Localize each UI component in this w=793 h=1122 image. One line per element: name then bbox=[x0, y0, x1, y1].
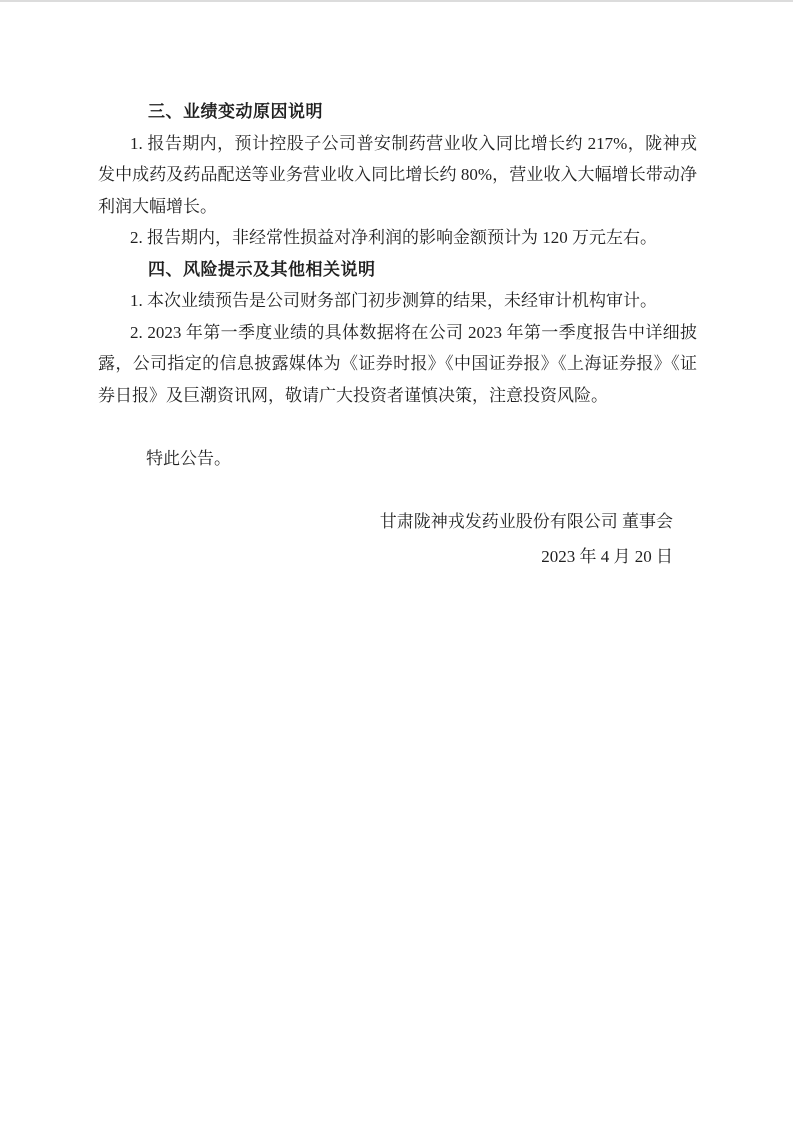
section-3-heading: 三、业绩变动原因说明 bbox=[98, 96, 697, 128]
document-body: 三、业绩变动原因说明 1. 报告期内，预计控股子公司普安制药营业收入同比增长约 … bbox=[98, 96, 697, 573]
announcement-page: 三、业绩变动原因说明 1. 报告期内，预计控股子公司普安制药营业收入同比增长约 … bbox=[0, 0, 793, 1122]
closing-statement: 特此公告。 bbox=[98, 443, 697, 475]
signature-date: 2023 年 4 月 20 日 bbox=[98, 541, 673, 573]
section-3-paragraph-1: 1. 报告期内，预计控股子公司普安制药营业收入同比增长约 217%，陇神戎发中成… bbox=[98, 128, 697, 223]
signature-block: 甘肃陇神戎发药业股份有限公司 董事会 2023 年 4 月 20 日 bbox=[98, 506, 697, 573]
signature-company: 甘肃陇神戎发药业股份有限公司 董事会 bbox=[98, 506, 673, 538]
page-top-edge bbox=[0, 0, 793, 2]
section-4-paragraph-2: 2. 2023 年第一季度业绩的具体数据将在公司 2023 年第一季度报告中详细… bbox=[98, 317, 697, 412]
section-4-heading: 四、风险提示及其他相关说明 bbox=[98, 254, 697, 286]
section-3-paragraph-2: 2. 报告期内，非经常性损益对净利润的影响金额预计为 120 万元左右。 bbox=[98, 222, 697, 254]
section-4-paragraph-1: 1. 本次业绩预告是公司财务部门初步测算的结果，未经审计机构审计。 bbox=[98, 285, 697, 317]
